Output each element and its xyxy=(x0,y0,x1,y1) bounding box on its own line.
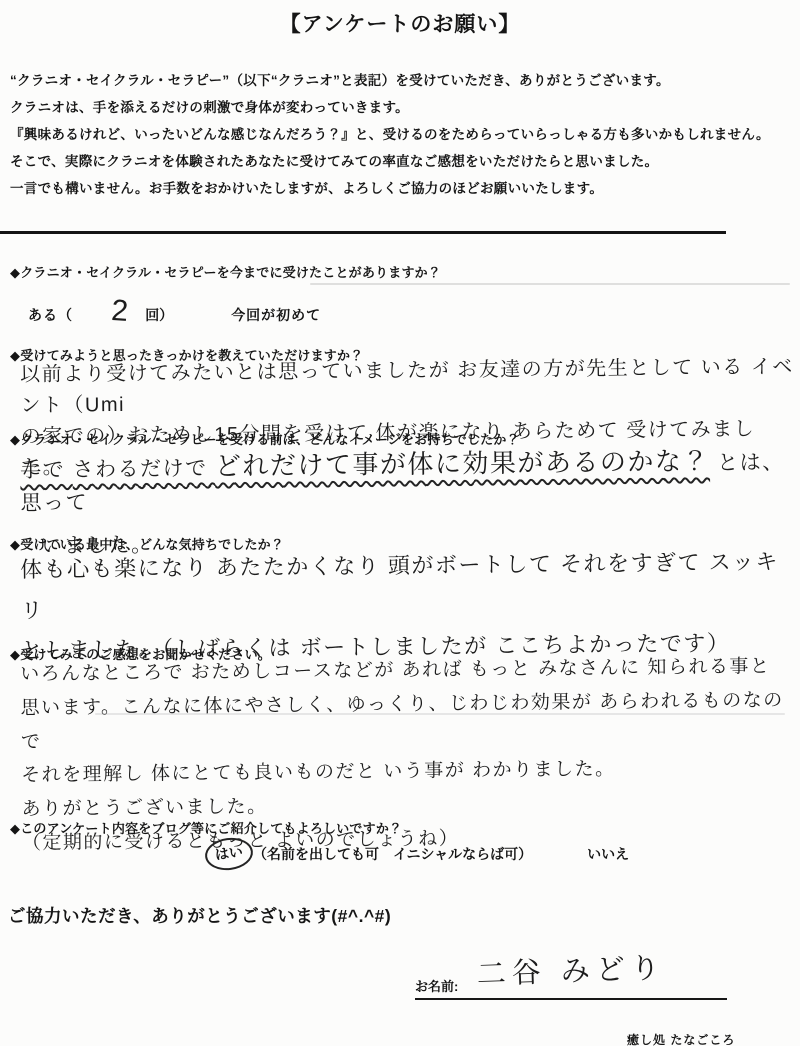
closing-thanks: ご協力いただき、ありがとうございます(#^.^#) xyxy=(8,903,391,928)
answer-line: 思います。こんなに体にやさしく、ゆっくり、じわじわ効果が あらわれるものなので xyxy=(20,684,796,760)
name-label: お名前: xyxy=(415,976,458,998)
handwritten-name: 二谷 みどり xyxy=(476,946,667,998)
question-6-label: ◆このアンケート内容をブログ等にご紹介してもよろしいですか？ xyxy=(10,818,402,837)
intro-line: 一言でも構いません。お手数をおかけいたしますが、よろしくご協力のほどお願いいたし… xyxy=(10,180,792,198)
handwritten-count: 2 xyxy=(110,288,131,336)
answer-segment: どれだけて事が体に効果があるのかな？ xyxy=(215,446,710,481)
divider-line xyxy=(0,231,726,234)
salon-stamp: 癒し処 たなごころ xyxy=(627,1031,735,1046)
intro-line: クラニオは、手を添えるだけの刺激で身体が変わっていきます。 xyxy=(10,99,792,117)
scanned-survey-page: 【アンケートのお願い】 “クラニオ・セイクラル・セラピー”（以下“クラニオ”と表… xyxy=(0,0,800,1046)
form-title: 【アンケートのお願い】 xyxy=(0,8,800,38)
option-have-suffix: 回） xyxy=(145,305,173,325)
option-no: いいえ xyxy=(587,844,629,864)
question-1-label: ◆クラニオ・セイクラル・セラピーを今までに受けたことがありますか？ xyxy=(10,262,441,281)
question-1-options: ある（ 2 回） 今回が初めて xyxy=(28,288,321,335)
scan-smudge xyxy=(95,713,785,715)
option-first-time: 今回が初めて xyxy=(231,305,321,325)
option-have-received: ある（ xyxy=(28,305,73,325)
intro-line: 『興味あるけれど、いったいどんな感じなんだろう？』と、受けるのをためらっていらっ… xyxy=(10,126,792,144)
answer-line: 体も心も楽になり あたたかくなり 頭がボートして それをすぎて スッキリ xyxy=(20,542,796,631)
answer-segment: さわるだけで xyxy=(72,457,215,481)
question-6-options: はい （名前を出しても可 イニシャルならば可） いいえ xyxy=(205,838,629,870)
scan-smudge xyxy=(310,283,790,285)
answer-segment: 手で xyxy=(20,458,73,482)
option-yes-circled: はい xyxy=(203,835,255,873)
name-field: お名前: 二谷 みどり xyxy=(415,948,727,1000)
option-yes-note: （名前を出しても可 イニシャルならば可） xyxy=(253,844,532,864)
answer-line: 以前より受けてみたいとは思っていましたが お友達の方が先生として いる イベント… xyxy=(20,352,796,422)
intro-line: “クラニオ・セイクラル・セラピー”（以下“クラニオ”と表記）を受けていただき、あ… xyxy=(10,72,792,90)
intro-paragraph: “クラニオ・セイクラル・セラピー”（以下“クラニオ”と表記）を受けていただき、あ… xyxy=(10,72,792,207)
intro-line: そこで、実際にクラニオを体験されたあなたに受けてみての率直なご感想をいただけたら… xyxy=(10,153,792,171)
